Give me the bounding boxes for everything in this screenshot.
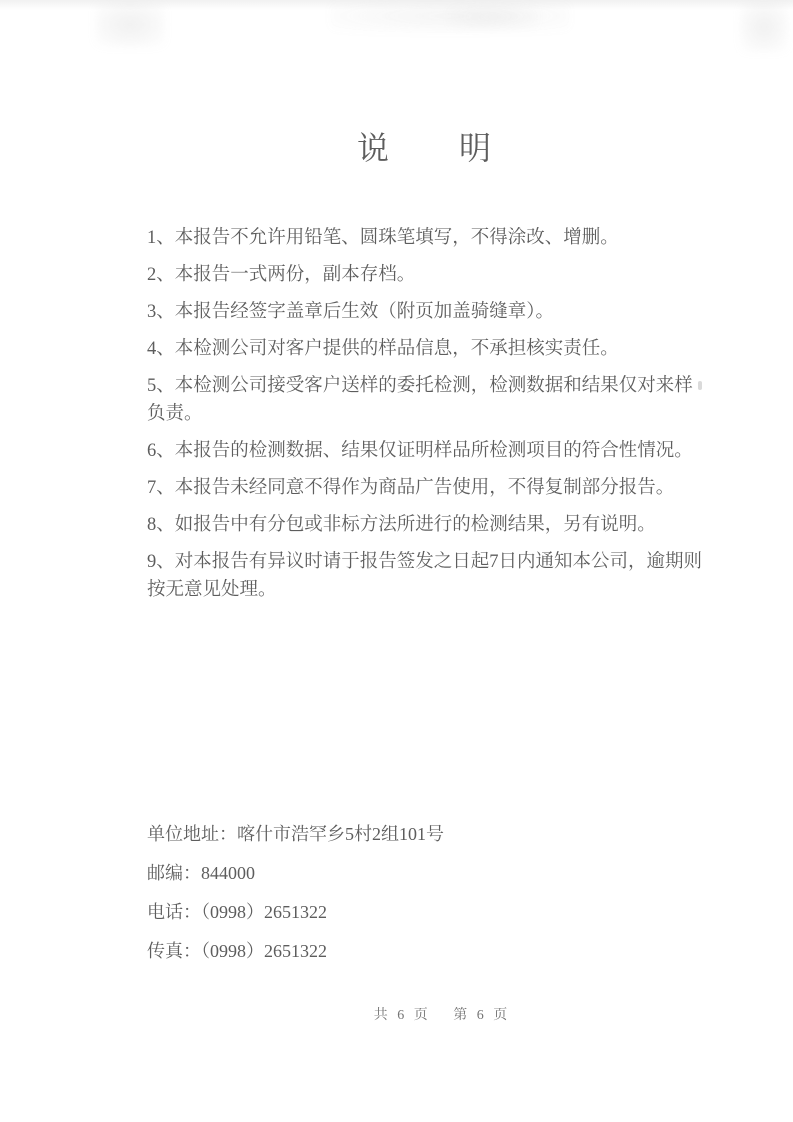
note-line: 3、本报告经签字盖章后生效（附页加盖骑缝章）。 [147, 298, 707, 326]
note-line: 按无意见处理。 [147, 576, 707, 604]
current-page-label: 第 6 页 [453, 1008, 510, 1023]
note-line: 5、本检测公司接受客户送样的委托检测，检测数据和结果仅对来样 [147, 372, 707, 400]
note-line: 2、本报告一式两份，副本存档。 [147, 261, 707, 289]
note-line: 4、本检测公司对客户提供的样品信息，不承担核实责任。 [147, 335, 707, 363]
address-line: 单位地址：喀什市浩罕乡5村2组101号 [147, 821, 707, 847]
note-line: 9、对本报告有异议时请于报告签发之日起7日内通知本公司，逾期则 [147, 548, 707, 576]
scan-artifact [740, 2, 788, 52]
note-item-1: 1、本报告不允许用铅笔、圆珠笔填写，不得涂改、增删。 [147, 224, 707, 252]
note-item-9: 9、对本报告有异议时请于报告签发之日起7日内通知本公司，逾期则 按无意见处理。 [147, 548, 707, 604]
fax-line: 传真：（0998）2651322 [147, 938, 707, 964]
phone-line: 电话：（0998）2651322 [147, 899, 707, 925]
note-item-4: 4、本检测公司对客户提供的样品信息，不承担核实责任。 [147, 335, 707, 363]
notes-list: 1、本报告不允许用铅笔、圆珠笔填写，不得涂改、增删。 2、本报告一式两份，副本存… [147, 224, 707, 604]
note-item-5: 5、本检测公司接受客户送样的委托检测，检测数据和结果仅对来样 负责。 [147, 372, 707, 428]
scan-artifact-top-edge [0, 0, 793, 10]
contact-block: 单位地址：喀什市浩罕乡5村2组101号 邮编：844000 电话：（0998）2… [147, 821, 707, 964]
page-title: 说 明 [147, 128, 703, 168]
note-line: 8、如报告中有分包或非标方法所进行的检测结果，另有说明。 [147, 511, 707, 539]
scan-artifact [330, 0, 570, 32]
note-line: 1、本报告不允许用铅笔、圆珠笔填写，不得涂改、增删。 [147, 224, 707, 252]
scan-artifact [448, 4, 538, 30]
document-page: 说 明 1、本报告不允许用铅笔、圆珠笔填写，不得涂改、增删。 2、本报告一式两份… [0, 0, 793, 1122]
note-line: 7、本报告未经同意不得作为商品广告使用，不得复制部分报告。 [147, 474, 707, 502]
note-item-8: 8、如报告中有分包或非标方法所进行的检测结果，另有说明。 [147, 511, 707, 539]
note-item-6: 6、本报告的检测数据、结果仅证明样品所检测项目的符合性情况。 [147, 437, 707, 465]
note-item-3: 3、本报告经签字盖章后生效（附页加盖骑缝章）。 [147, 298, 707, 326]
note-line: 6、本报告的检测数据、结果仅证明样品所检测项目的符合性情况。 [147, 437, 707, 465]
note-line: 负责。 [147, 400, 707, 428]
page-footer: 共 6 页 第 6 页 [147, 1006, 707, 1026]
note-item-7: 7、本报告未经同意不得作为商品广告使用，不得复制部分报告。 [147, 474, 707, 502]
scan-artifact [95, 2, 165, 47]
total-pages-label: 共 6 页 [374, 1008, 431, 1023]
postcode-line: 邮编：844000 [147, 860, 707, 886]
note-item-2: 2、本报告一式两份，副本存档。 [147, 261, 707, 289]
